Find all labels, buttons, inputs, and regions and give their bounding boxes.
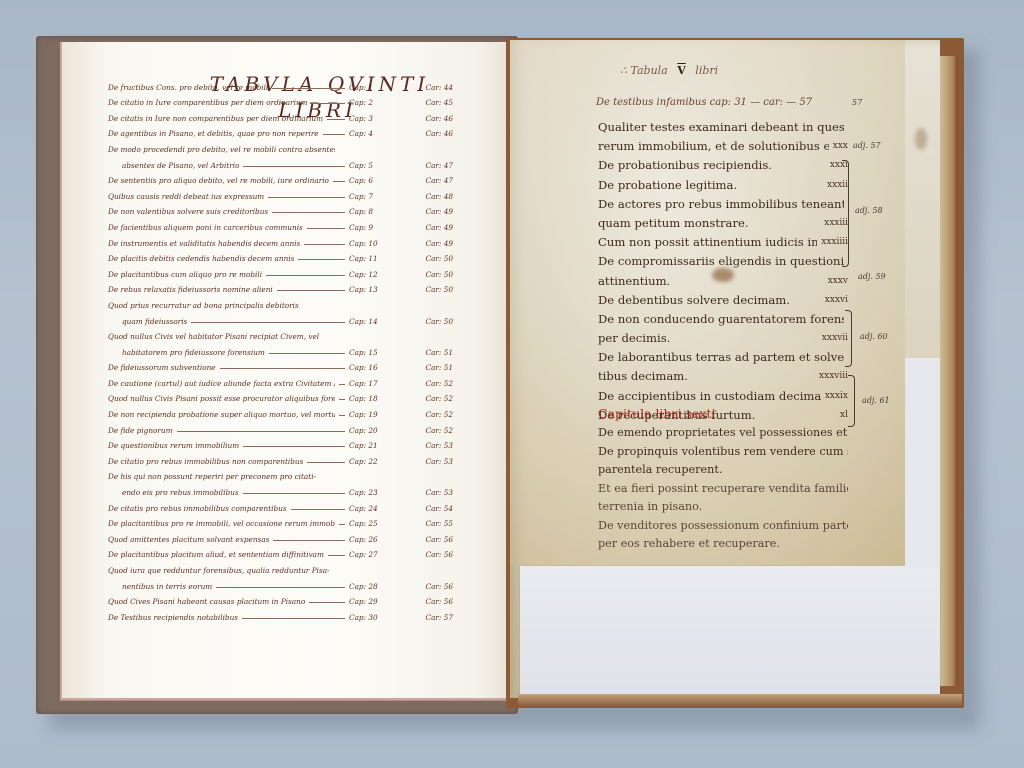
folio-number: Car: 50 xyxy=(411,285,453,294)
margin-note: adj. 57 xyxy=(853,141,881,150)
folio-number: Car: 53 xyxy=(411,441,453,450)
header-numeral: V xyxy=(677,64,686,77)
toc-entry: Quod nullus Civis vel habitator Pisani r… xyxy=(108,326,453,342)
toc-entry-title: De agentibus in Pisano, et debitis, quae… xyxy=(108,129,319,138)
chapter-number: Cap: 20 xyxy=(349,426,411,435)
toc-entry: Quod amittentes placitum solvant expensa… xyxy=(108,528,453,544)
toc-entry: De placitis debitis cedendis habendis de… xyxy=(108,248,453,264)
folio-number: Car: 53 xyxy=(411,488,453,497)
chapter-line-text: De probatione legitima. xyxy=(598,176,823,195)
leader-line xyxy=(243,166,345,167)
folio-number: Car: 50 xyxy=(411,254,453,263)
toc-entry-title: habitatorem pro fideiussore forensium xyxy=(108,348,265,357)
toc-entry-title: De questionibus rerum immobilium xyxy=(108,441,239,450)
toc-entry-title: De Testibus recipiendis notabilibus xyxy=(108,613,238,622)
toc-entry-title: Quod prius recurratur ad bona principali… xyxy=(108,301,299,310)
toc-entry: De sententiis pro aliquo debito, vel re … xyxy=(108,170,453,186)
roman-numeral: xxxvi xyxy=(825,291,848,310)
leader-line xyxy=(307,228,345,229)
leader-line xyxy=(328,555,345,556)
chapter-number: Cap: 22 xyxy=(349,457,411,466)
chapter-line: rerum immobilium, et de solutionibus eor… xyxy=(598,137,848,156)
toc-entry-title: De placitantibus placitum aliud, et sent… xyxy=(108,550,324,559)
leader-line xyxy=(298,259,345,260)
toc-entry: De non valentibus solvere suis creditori… xyxy=(108,201,453,217)
leader-line xyxy=(339,384,345,385)
folio-number: Car: 52 xyxy=(411,410,453,419)
page-stain xyxy=(62,42,102,698)
toc-entry: De placitantibus placitum aliud, et sent… xyxy=(108,544,453,560)
chapter-number: Cap: 11 xyxy=(349,254,411,263)
folio-number: Car: 52 xyxy=(411,394,453,403)
toc-entry: Quod Cives Pisani habeant causas placitu… xyxy=(108,591,453,607)
folio-number: Car: 56 xyxy=(411,597,453,606)
folio-number: Car: 46 xyxy=(411,114,453,123)
margin-bracket xyxy=(845,310,852,367)
chapter-number: Cap: 10 xyxy=(349,239,411,248)
chapter-number: Cap: 28 xyxy=(349,582,411,591)
toc-entry: De placitantibus pro re immobili, vel oc… xyxy=(108,513,453,529)
leader-line xyxy=(177,431,345,432)
toc-entry: De instrumentis et validitatis habendis … xyxy=(108,232,453,248)
toc-entry: De rebus relaxatis fideiussoris nomine a… xyxy=(108,279,453,295)
foxing-spot xyxy=(915,128,927,150)
toc-entry: Quod prius recurratur ad bona principali… xyxy=(108,294,453,310)
toc-entry: De non recipienda probatione super aliqu… xyxy=(108,403,453,419)
chapter-line: Et ea fieri possint recuperare vendita f… xyxy=(598,480,848,499)
chapter-line-text: De non conducendo guarentatorem forensi … xyxy=(598,310,844,329)
toc-entry-title: De placitis debitis cedendis habendis de… xyxy=(108,254,294,263)
chapter-line-text: De accipientibus in custodiam decimarum. xyxy=(598,387,821,406)
chapter-number: Cap: 25 xyxy=(349,519,411,528)
chapter-line: per eos rehabere et recuperare. xyxy=(598,535,848,554)
chapter-number: Cap: 1 xyxy=(349,83,411,92)
folio-number: Car: 55 xyxy=(411,519,453,528)
folio-number: Car: 53 xyxy=(411,457,453,466)
folio-number: Car: 54 xyxy=(411,504,453,513)
leader-line xyxy=(304,244,345,245)
leader-line xyxy=(309,602,345,603)
chapter-line: De accipientibus in custodiam decimarum.… xyxy=(598,387,848,406)
toc-entry-title: De fide pignorum xyxy=(108,426,173,435)
chapter-number: Cap: 8 xyxy=(349,207,411,216)
chapter-line-text: De actores pro rebus immobilibus teneant… xyxy=(598,195,844,214)
roman-numeral: xxx xyxy=(833,137,848,156)
chapter-line: tibus decimam.xxxviii xyxy=(598,367,848,386)
toc-entry: De fide pignorumCap: 20Car: 52 xyxy=(108,419,453,435)
chapter-line-text: rerum immobilium, et de solutionibus eor… xyxy=(598,137,829,156)
folio-number: Car: 56 xyxy=(411,550,453,559)
margin-note: adj. 58 xyxy=(855,206,883,215)
roman-numeral: xxxviii xyxy=(819,367,848,386)
toc-entry: De fructibus Cons. pro debito, vel re mo… xyxy=(108,76,453,92)
printed-chapter-list-book-six: De emendo proprietates vel possessiones … xyxy=(598,424,848,554)
toc-entry: endo eis pro rebus immobilibusCap: 23Car… xyxy=(108,481,453,497)
chapter-line-text: per decimis. xyxy=(598,329,818,348)
leader-line xyxy=(307,462,345,463)
margin-note: 57 xyxy=(852,98,862,107)
leader-line xyxy=(272,88,345,89)
leader-line xyxy=(327,119,345,120)
folio-number: Car: 46 xyxy=(411,129,453,138)
chapter-line: per decimis.xxxvii xyxy=(598,329,848,348)
toc-entry-title: absentes de Pisano, vel Arbitrio xyxy=(108,161,239,170)
toc-entry-title: De facientibus aliquem poni in carceribu… xyxy=(108,223,303,232)
leader-line xyxy=(216,587,345,588)
toc-entry-title: De rebus relaxatis fideiussoris nomine a… xyxy=(108,285,273,294)
chapter-line-text: Cum non possit attinentium iudicis inspe… xyxy=(598,233,817,252)
chapter-number: Cap: 14 xyxy=(349,317,411,326)
chapter-line: De actores pro rebus immobilibus teneant… xyxy=(598,195,848,214)
toc-entry: De questionibus rerum immobiliumCap: 21C… xyxy=(108,435,453,451)
leader-line xyxy=(191,322,345,323)
toc-entry-title: De citatio pro rebus immobilibus non com… xyxy=(108,457,303,466)
folio-number: Car: 50 xyxy=(411,270,453,279)
chapter-line: Qualiter testes examinari debeant in que… xyxy=(598,118,848,137)
chapter-number: Cap: 15 xyxy=(349,348,411,357)
folio-number: Car: 47 xyxy=(411,161,453,170)
toc-entry-title: De placitantibus cum aliquo pro re mobil… xyxy=(108,270,262,279)
chapter-line: quam petitum monstrare.xxxiii xyxy=(598,214,848,233)
margin-note: adj. 61 xyxy=(862,396,890,405)
toc-entry-title: De cautione (cartul) aut iudice aliunde … xyxy=(108,379,335,388)
toc-entry: habitatorem pro fideiussore forensiumCap… xyxy=(108,341,453,357)
folio-number: Car: 51 xyxy=(411,348,453,357)
toc-entry: De modo procedendi pro debito, vel re mo… xyxy=(108,138,453,154)
toc-entry-title: De citatio in Iure comparentibus per die… xyxy=(108,98,308,107)
paper-repair-patch xyxy=(520,566,940,694)
chapter-number: Cap: 30 xyxy=(349,613,411,622)
toc-entry: Quibus causis reddi debeat ius expressum… xyxy=(108,185,453,201)
chapter-line: De propinquis volentibus rem vendere cum… xyxy=(598,443,848,462)
margin-note: adj. 59 xyxy=(858,272,886,281)
chapter-line: De debentibus solvere decimam.xxxvi xyxy=(598,291,848,310)
chapter-number: Cap: 6 xyxy=(349,176,411,185)
chapter-number: Cap: 2 xyxy=(349,98,411,107)
toc-entry: De citatis pro rebus immobilibus compare… xyxy=(108,497,453,513)
leader-line xyxy=(243,446,345,447)
chapter-line-text: quam petitum monstrare. xyxy=(598,214,820,233)
toc-entry: De fideiussorum subventioneCap: 16Car: 5… xyxy=(108,357,453,373)
toc-entry-title: De citatis in Iure non comparentibus per… xyxy=(108,114,323,123)
leader-line xyxy=(269,353,345,354)
chapter-line-text: De debentibus solvere decimam. xyxy=(598,291,821,310)
toc-entry-title: Quod nullus Civis vel habitator Pisani r… xyxy=(108,332,319,341)
roman-numeral: xl xyxy=(840,406,848,425)
toc-entry-title: Quibus causis reddi debeat ius expressum xyxy=(108,192,264,201)
leader-line xyxy=(220,368,345,369)
chapter-line: parentela recuperent. xyxy=(598,461,848,480)
toc-entry: nentibus in terris eorumCap: 28Car: 56 xyxy=(108,575,453,591)
roman-numeral: xxxv xyxy=(828,272,848,291)
leader-line xyxy=(273,540,345,541)
leader-line xyxy=(272,212,345,213)
chapter-line: De emendo proprietates vel possessiones … xyxy=(598,424,848,443)
toc-entry: De citatio pro rebus immobilibus non com… xyxy=(108,450,453,466)
toc-entry-title: De fructibus Cons. pro debito, vel re mo… xyxy=(108,83,268,92)
chapter-number: Cap: 19 xyxy=(349,410,411,419)
toc-entry: De citatis in Iure non comparentibus per… xyxy=(108,107,453,123)
toc-entry-title: Quod iura que redduntur forensibus, qual… xyxy=(108,566,330,575)
folio-number: Car: 56 xyxy=(411,582,453,591)
toc-entry: De Testibus recipiendis notabilibusCap: … xyxy=(108,606,453,622)
folio-number: Car: 52 xyxy=(411,426,453,435)
chapter-number: Cap: 17 xyxy=(349,379,411,388)
toc-entry-title: De his qui non possunt reperiri per prec… xyxy=(108,472,316,481)
leader-line xyxy=(339,415,345,416)
folio-number: Car: 48 xyxy=(411,192,453,201)
right-page-header: ∴ Tabula V libri xyxy=(620,64,718,77)
toc-entry-title: quam fideiussoris xyxy=(108,317,187,326)
toc-entry: quam fideiussorisCap: 14Car: 50 xyxy=(108,310,453,326)
toc-entry-title: De citatis pro rebus immobilibus compare… xyxy=(108,504,287,513)
chapter-number: Cap: 9 xyxy=(349,223,411,232)
toc-entry: De agentibus in Pisano, et debitis, quae… xyxy=(108,123,453,139)
folio-number: Car: 56 xyxy=(411,535,453,544)
toc-entry-title: Quod Cives Pisani habeant causas placitu… xyxy=(108,597,305,606)
chapter-number: Cap: 13 xyxy=(349,285,411,294)
toc-entry: De cautione (cartul) aut iudice aliunde … xyxy=(108,372,453,388)
header-prefix: ∴ Tabula xyxy=(620,64,668,77)
chapter-number: Cap: 12 xyxy=(349,270,411,279)
folio-number: Car: 49 xyxy=(411,223,453,232)
toc-entry: Quod nullus Civis Pisani possit esse pro… xyxy=(108,388,453,404)
header-suffix: libri xyxy=(695,64,718,77)
toc-entry-title: Quod nullus Civis Pisani possit esse pro… xyxy=(108,394,335,403)
chapter-line: terrenia in pisano. xyxy=(598,498,848,517)
chapter-line-text: De laborantibus terras ad partem et solv… xyxy=(598,348,844,367)
chapter-number: Cap: 29 xyxy=(349,597,411,606)
folio-number: Car: 45 xyxy=(411,98,453,107)
chapter-number: Cap: 7 xyxy=(349,192,411,201)
folio-number: Car: 52 xyxy=(411,379,453,388)
toc-entry: De facientibus aliquem poni in carceribu… xyxy=(108,216,453,232)
leader-line xyxy=(277,290,345,291)
chapter-line: De venditores possessionum confinium par… xyxy=(598,517,848,536)
folio-number: Car: 49 xyxy=(411,207,453,216)
ink-stain xyxy=(712,268,734,282)
toc-entry-title: De non recipienda probatione super aliqu… xyxy=(108,410,335,419)
roman-numeral: xxxix xyxy=(825,387,848,406)
toc-entry: De his qui non possunt reperiri per prec… xyxy=(108,466,453,482)
chapter-number: Cap: 24 xyxy=(349,504,411,513)
toc-entry-title: De non valentibus solvere suis creditori… xyxy=(108,207,268,216)
folio-number: Car: 57 xyxy=(411,613,453,622)
leader-line xyxy=(266,275,345,276)
rubric-heading: Capitula libri sexti. xyxy=(598,406,719,421)
chapter-number: Cap: 5 xyxy=(349,161,411,170)
leader-line xyxy=(268,197,345,198)
folio-number: Car: 49 xyxy=(411,239,453,248)
handwritten-entry: De testibus infamibus cap: 31 — car: — 5… xyxy=(596,97,812,108)
chapter-number: Cap: 26 xyxy=(349,535,411,544)
leader-line xyxy=(333,181,345,182)
toc-entry: Quod iura que redduntur forensibus, qual… xyxy=(108,559,453,575)
toc-entry-title: De fideiussorum subventione xyxy=(108,363,216,372)
chapter-line: Cum non possit attinentium iudicis inspe… xyxy=(598,233,848,252)
toc-entry: De citatio in Iure comparentibus per die… xyxy=(108,92,453,108)
chapter-line-text: Qualiter testes examinari debeant in que… xyxy=(598,118,844,137)
folio-number: Car: 47 xyxy=(411,176,453,185)
chapter-line: De laborantibus terras ad partem et solv… xyxy=(598,348,848,367)
margin-bracket xyxy=(848,375,855,427)
table-of-contents: De fructibus Cons. pro debito, vel re mo… xyxy=(108,76,453,622)
leader-line xyxy=(312,103,345,104)
toc-entry-title: Quod amittentes placitum solvant expensa… xyxy=(108,535,269,544)
chapter-number: Cap: 3 xyxy=(349,114,411,123)
folio-number: Car: 50 xyxy=(411,317,453,326)
toc-entry-title: De placitantibus pro re immobili, vel oc… xyxy=(108,519,335,528)
margin-note: adj. 60 xyxy=(860,332,888,341)
leader-line xyxy=(291,509,345,510)
leader-line xyxy=(323,134,345,135)
chapter-line-text: De probationibus recipiendis. xyxy=(598,156,826,175)
toc-entry: De placitantibus cum aliquo pro re mobil… xyxy=(108,263,453,279)
chapter-line: De non conducendo guarentatorem forensi … xyxy=(598,310,848,329)
paper-repair-strip xyxy=(905,358,940,568)
toc-entry-title: De modo procedendi pro debito, vel re mo… xyxy=(108,145,335,154)
leader-line xyxy=(339,399,345,400)
chapter-number: Cap: 27 xyxy=(349,550,411,559)
toc-entry-title: De instrumentis et validitatis habendis … xyxy=(108,239,300,248)
leader-line xyxy=(339,524,345,525)
toc-entry-title: De sententiis pro aliquo debito, vel re … xyxy=(108,176,329,185)
leader-line xyxy=(243,493,345,494)
chapter-line-text: tibus decimam. xyxy=(598,367,815,386)
leader-line xyxy=(242,618,345,619)
chapter-number: Cap: 18 xyxy=(349,394,411,403)
chapter-line-text: attinentium. xyxy=(598,272,824,291)
chapter-line: De probationibus recipiendis.xxxi xyxy=(598,156,848,175)
folio-number: Car: 44 xyxy=(411,83,453,92)
margin-bracket xyxy=(842,160,849,267)
chapter-number: Cap: 16 xyxy=(349,363,411,372)
chapter-number: Cap: 21 xyxy=(349,441,411,450)
chapter-line: De probatione legitima.xxxii xyxy=(598,176,848,195)
toc-entry-title: endo eis pro rebus immobilibus xyxy=(108,488,239,497)
toc-entry: absentes de Pisano, vel ArbitrioCap: 5Ca… xyxy=(108,154,453,170)
chapter-number: Cap: 23 xyxy=(349,488,411,497)
folio-number: Car: 51 xyxy=(411,363,453,372)
chapter-number: Cap: 4 xyxy=(349,129,411,138)
bottom-page-edge xyxy=(518,694,962,706)
toc-entry-title: nentibus in terris eorum xyxy=(108,582,212,591)
